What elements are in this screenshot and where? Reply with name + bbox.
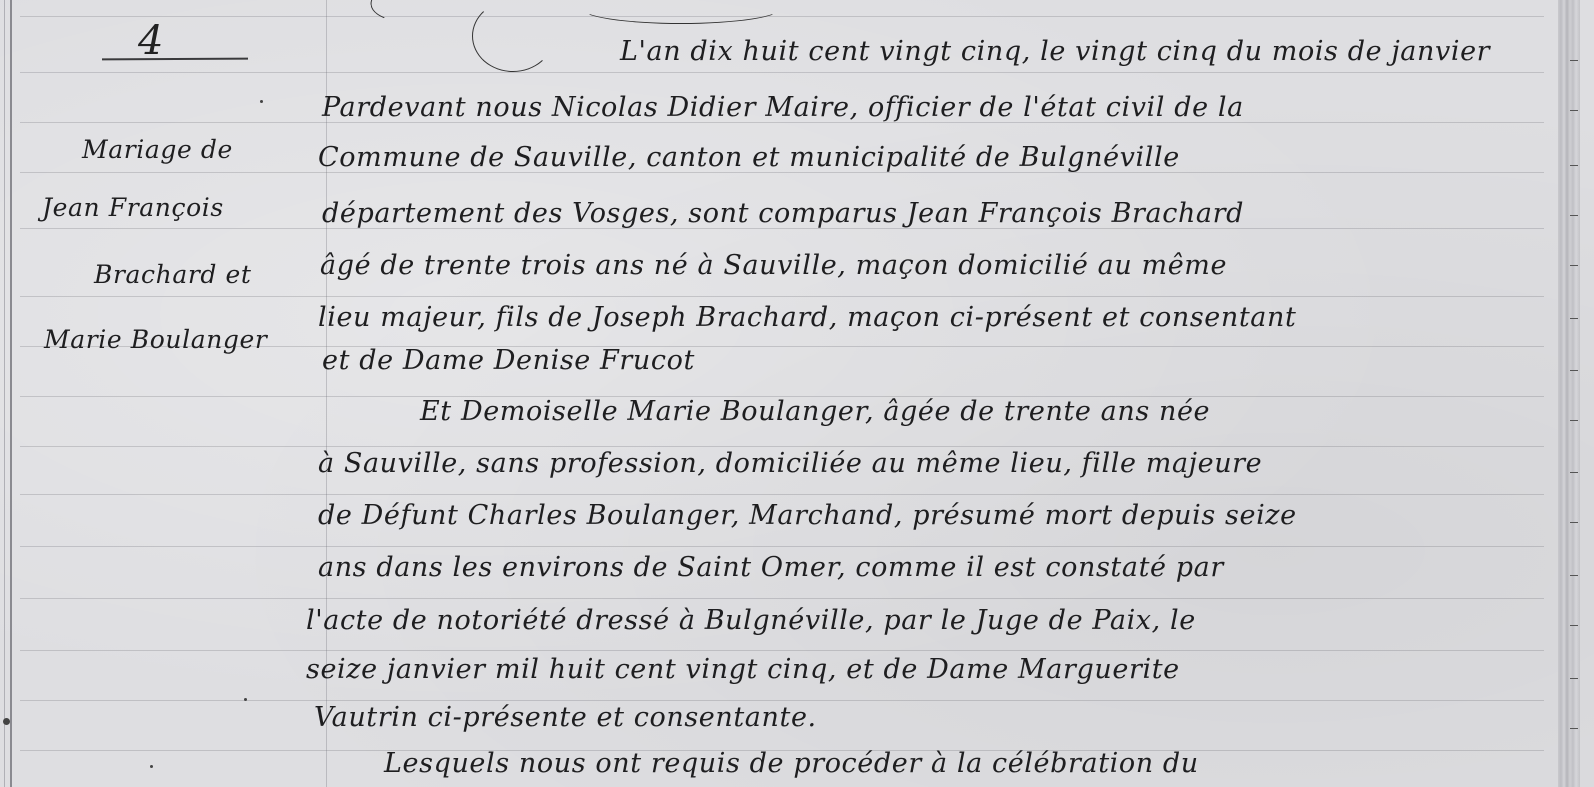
register-page: 4 Mariage de Jean François Brachard et M… bbox=[0, 0, 1594, 787]
body-line-4: département des Vosges, sont comparus Je… bbox=[322, 198, 1244, 229]
margin-line-2: Jean François bbox=[42, 193, 224, 222]
body-line-8: Et Demoiselle Marie Boulanger, âgée de t… bbox=[420, 396, 1210, 427]
body-line-15: Lesquels nous ont requis de procéder à l… bbox=[384, 748, 1199, 779]
right-binding-edge bbox=[1558, 0, 1580, 787]
margin-line-1: Mariage de bbox=[82, 135, 233, 164]
body-line-10: de Défunt Charles Boulanger, Marchand, p… bbox=[318, 500, 1297, 531]
body-line-11: ans dans les environs de Saint Omer, com… bbox=[318, 552, 1224, 583]
flourish-header bbox=[580, 0, 782, 24]
entry-number-underline bbox=[102, 58, 248, 61]
body-line-6: lieu majeur, fils de Joseph Brachard, ma… bbox=[318, 302, 1296, 333]
flourish-opening bbox=[472, 0, 554, 72]
ink-speck bbox=[244, 698, 247, 701]
margin-line-3: Brachard et bbox=[94, 260, 252, 289]
binding-hole bbox=[3, 718, 10, 725]
binding-edge bbox=[4, 0, 5, 787]
ink-speck bbox=[150, 765, 153, 768]
left-margin-line bbox=[10, 0, 12, 787]
body-line-12: l'acte de notoriété dressé à Bulgnéville… bbox=[306, 605, 1196, 636]
body-line-5: âgé de trente trois ans né à Sauville, m… bbox=[320, 250, 1227, 281]
body-line-9: à Sauville, sans profession, domiciliée … bbox=[318, 448, 1262, 479]
body-line-13: seize janvier mil huit cent vingt cinq, … bbox=[306, 654, 1180, 685]
ink-speck bbox=[260, 100, 263, 103]
body-line-1: L'an dix huit cent vingt cinq, le vingt … bbox=[620, 36, 1490, 67]
margin-line-4: Marie Boulanger bbox=[44, 325, 267, 354]
body-line-7: et de Dame Denise Frucot bbox=[322, 345, 695, 376]
body-line-2: Pardevant nous Nicolas Didier Maire, off… bbox=[322, 92, 1244, 123]
body-line-14: Vautrin ci-présente et consentante. bbox=[314, 702, 817, 733]
body-line-3: Commune de Sauville, canton et municipal… bbox=[318, 142, 1180, 173]
